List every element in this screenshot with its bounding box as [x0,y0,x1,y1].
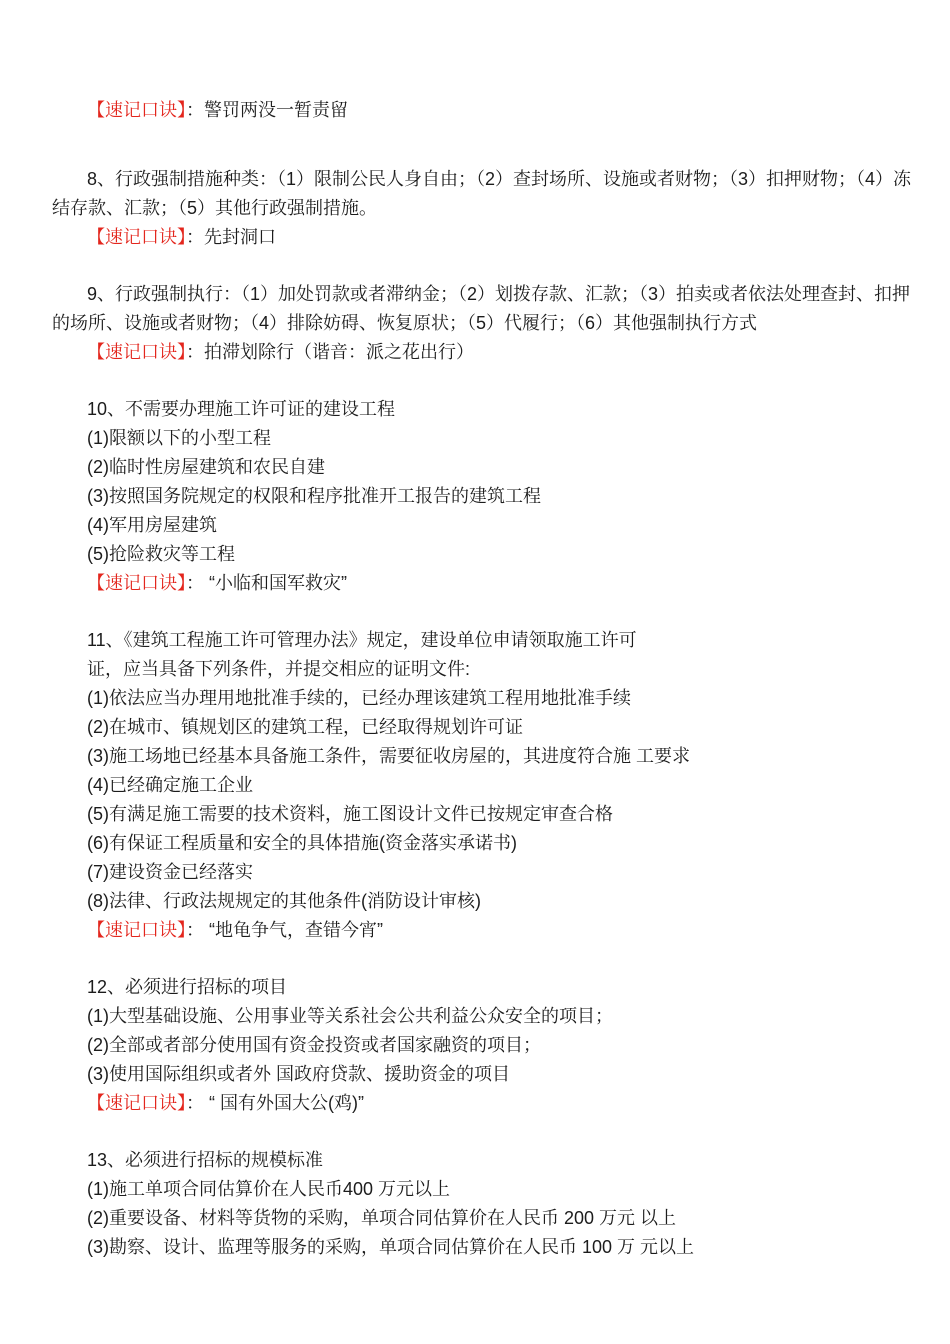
paragraph-line: (4)已经确定施工企业 [52,771,898,800]
paragraph-heading-line: 10、不需要办理施工许可证的建设工程 [52,395,898,424]
mnemonic-separator: ： [186,920,204,940]
section-s10: 10、不需要办理施工许可证的建设工程(1)限额以下的小型工程(2)临时性房屋建筑… [52,395,898,598]
mnemonic-separator: ： [186,573,204,593]
paragraph-heading-line: 12、必须进行招标的项目 [52,973,898,1002]
document-page: 【速记口诀】：警罚两没一暂责留8、行政强制措施种类：（1）限制公民人身自由；（2… [0,0,950,1344]
mnemonic-content: 先封洞口 [204,227,276,247]
mnemonic-label: 【速记口诀】 [87,1093,186,1113]
paragraph-line: (1)施工单项合同估算价在人民币400 万元以上 [52,1175,898,1204]
mnemonic-separator: ： [186,227,204,247]
paragraph-line: (1)大型基础设施、公用事业等关系社会公共利益公众安全的项目； [52,1002,898,1031]
mnemonic-label: 【速记口诀】 [87,227,186,247]
mnemonic-line: 【速记口诀】： “小临和国军救灾” [52,569,898,598]
paragraph-line: (3)勘察、设计、监理等服务的采购，单项合同估算价在人民币 100 万 元以上 [52,1233,898,1262]
paragraph-line: (1)依法应当办理用地批准手续的，已经办理该建筑工程用地批准手续 [52,684,898,713]
paragraph-line: 证，应当具备下列条件，并提交相应的证明文件: [52,655,898,684]
section-s9: 9、行政强制执行：（1）加处罚款或者滞纳金；（2）划拨存款、汇款；（3）拍卖或者… [52,280,898,367]
mnemonic-label: 【速记口诀】 [87,573,186,593]
mnemonic-separator: ： [186,1093,204,1113]
paragraph-heading-line: 11、《建筑工程施工许可管理办法》规定，建设单位申请领取施工许可 [52,626,898,655]
section-s12: 12、必须进行招标的项目(1)大型基础设施、公用事业等关系社会公共利益公众安全的… [52,973,898,1118]
paragraph-line: 的场所、设施或者财物；（4）排除妨碍、恢复原状；（5）代履行；（6）其他强制执行… [52,309,898,338]
paragraph-line: (7)建设资金已经落实 [52,858,898,887]
section-s7m: 【速记口诀】：警罚两没一暂责留 [52,96,898,125]
mnemonic-line: 【速记口诀】：拍滞划除行（谐音：派之花出行） [52,338,898,367]
mnemonic-line: 【速记口诀】：警罚两没一暂责留 [52,96,898,125]
mnemonic-content: “ 国有外国大公(鸡)” [204,1093,364,1113]
mnemonic-label: 【速记口诀】 [87,342,186,362]
paragraph-line: (3)按照国务院规定的权限和程序批准开工报告的建筑工程 [52,482,898,511]
paragraph-heading-line: 8、行政强制措施种类：（1）限制公民人身自由；（2）查封场所、设施或者财物；（3… [52,165,898,194]
paragraph-line: 结存款、汇款；（5）其他行政强制措施。 [52,194,898,223]
paragraph-line: (3)施工场地已经基本具备施工条件，需要征收房屋的，其进度符合施 工要求 [52,742,898,771]
mnemonic-separator: ： [186,342,204,362]
paragraph-line: (2)在城市、镇规划区的建筑工程，已经取得规划许可证 [52,713,898,742]
mnemonic-line: 【速记口诀】： “ 国有外国大公(鸡)” [52,1089,898,1118]
paragraph-line: (8)法律、行政法规规定的其他条件(消防设计审核) [52,887,898,916]
mnemonic-separator: ： [186,100,204,120]
paragraph-line: (4)军用房屋建筑 [52,511,898,540]
paragraph-line: (5)有满足施工需要的技术资料，施工图设计文件已按规定审查合格 [52,800,898,829]
paragraph-heading-line: 9、行政强制执行：（1）加处罚款或者滞纳金；（2）划拨存款、汇款；（3）拍卖或者… [52,280,898,309]
paragraph-line: (6)有保证工程质量和安全的具体措施(资金落实承诺书) [52,829,898,858]
section-s11: 11、《建筑工程施工许可管理办法》规定，建设单位申请领取施工许可证，应当具备下列… [52,626,898,945]
paragraph-line: (2)全部或者部分使用国有资金投资或者国家融资的项目； [52,1031,898,1060]
mnemonic-line: 【速记口诀】： “地龟争气，查错今宵” [52,916,898,945]
mnemonic-label: 【速记口诀】 [87,100,186,120]
section-s13: 13、必须进行招标的规模标准(1)施工单项合同估算价在人民币400 万元以上(2… [52,1146,898,1262]
mnemonic-content: 拍滞划除行（谐音：派之花出行） [204,342,474,362]
paragraph-line: (5)抢险救灾等工程 [52,540,898,569]
section-s8: 8、行政强制措施种类：（1）限制公民人身自由；（2）查封场所、设施或者财物；（3… [52,165,898,252]
paragraph-line: (3)使用国际组织或者外 国政府贷款、援助资金的项目 [52,1060,898,1089]
mnemonic-line: 【速记口诀】：先封洞口 [52,223,898,252]
mnemonic-content: “小临和国军救灾” [204,573,347,593]
paragraph-line: (2)临时性房屋建筑和农民自建 [52,453,898,482]
mnemonic-content: 警罚两没一暂责留 [204,100,348,120]
mnemonic-label: 【速记口诀】 [87,920,186,940]
paragraph-line: (1)限额以下的小型工程 [52,424,898,453]
mnemonic-content: “地龟争气，查错今宵” [204,920,383,940]
paragraph-line: (2)重要设备、材料等货物的采购，单项合同估算价在人民币 200 万元 以上 [52,1204,898,1233]
paragraph-heading-line: 13、必须进行招标的规模标准 [52,1146,898,1175]
